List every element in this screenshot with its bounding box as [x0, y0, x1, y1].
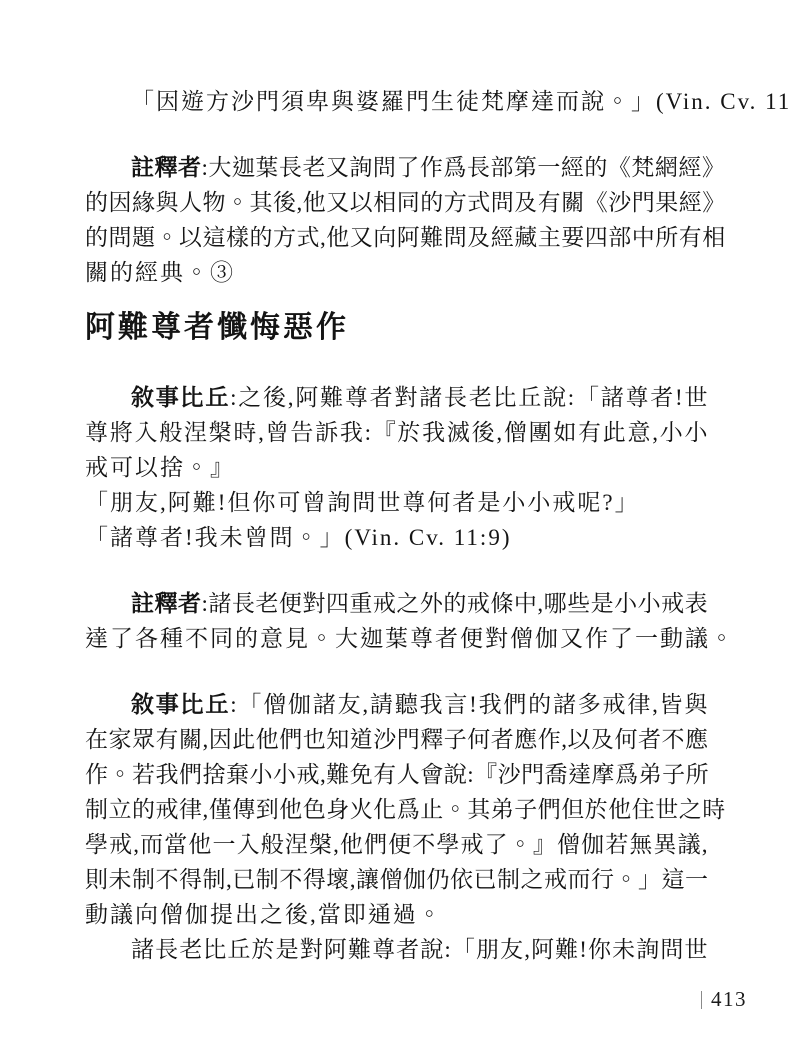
speaker-label: 敘事比丘 [131, 692, 230, 717]
speaker-label: 敘事比丘 [131, 385, 230, 410]
text-line: 的因緣與人物。其後,他又以相同的方式問及有關《沙門果經》 [85, 185, 708, 220]
paragraph: 諸長老比丘於是對阿難尊者說:「朋友,阿難!你未詢問世 [85, 932, 708, 967]
quote-block: 「因遊方沙門須卑與婆羅門生徒梵摩達而說。」(Vin. Cv. 11:8) [85, 84, 708, 119]
speaker-label: 註釋者 [131, 591, 202, 616]
text-line: 「諸尊者!我未曾問。」(Vin. Cv. 11:9) [85, 520, 708, 555]
text-line: 的問題。以這樣的方式,他又向阿難問及經藏主要四部中所有相 [85, 220, 708, 255]
text-line: 則未制不得制,已制不得壞,讓僧伽仍依已制之戒而行。」這一 [85, 862, 708, 897]
footer-rule [701, 991, 702, 1009]
page-footer: 413 [701, 987, 747, 1012]
scanned-book-page: 「因遊方沙門須卑與婆羅門生徒梵摩達而說。」(Vin. Cv. 11:8)註釋者:… [0, 0, 792, 1056]
text-line: 尊將入般涅槃時,曾告訴我:『於我滅後,僧團如有此意,小小 [85, 415, 708, 450]
text-line: 敘事比丘:之後,阿難尊者對諸長老比丘說:「諸尊者!世 [85, 380, 708, 415]
paragraph: 註釋者:大迦葉長老又詢問了作爲長部第一經的《梵網經》的因緣與人物。其後,他又以相… [85, 150, 708, 290]
text-line: 學戒,而當他一入般涅槃,他們便不學戒了。』僧伽若無異議, [85, 827, 708, 862]
text-line: 動議向僧伽提出之後,當即通過。 [85, 897, 708, 932]
text-line: 戒可以捨。』 [85, 450, 708, 485]
section-heading: 阿難尊者懺悔惡作 [85, 307, 708, 349]
text-block: 「因遊方沙門須卑與婆羅門生徒梵摩達而說。」(Vin. Cv. 11:8)註釋者:… [85, 84, 708, 967]
paragraph: 敘事比丘:「僧伽諸友,請聽我言!我們的諸多戒律,皆與在家眾有關,因此他們也知道沙… [85, 687, 708, 932]
text-line: 制立的戒律,僅傳到他色身火化爲止。其弟子們但於他住世之時 [85, 792, 708, 827]
speaker-label: 註釋者 [131, 155, 202, 180]
text-line: 「朋友,阿難!但你可曾詢問世尊何者是小小戒呢?」 [85, 485, 708, 520]
text-line: 在家眾有關,因此他們也知道沙門釋子何者應作,以及何者不應 [85, 722, 708, 757]
paragraph: 敘事比丘:之後,阿難尊者對諸長老比丘說:「諸尊者!世尊將入般涅槃時,曾告訴我:『… [85, 380, 708, 485]
page-number: 413 [711, 987, 747, 1012]
text-line: 註釋者:大迦葉長老又詢問了作爲長部第一經的《梵網經》 [85, 150, 708, 185]
text-line: 敘事比丘:「僧伽諸友,請聽我言!我們的諸多戒律,皆與 [85, 687, 708, 722]
text-line: 關的經典。③ [85, 255, 708, 290]
text-line: 作。若我們捨棄小小戒,難免有人會說:『沙門喬達摩爲弟子所 [85, 757, 708, 792]
text-line: 諸長老比丘於是對阿難尊者說:「朋友,阿難!你未詢問世 [85, 932, 708, 967]
paragraph: 「朋友,阿難!但你可曾詢問世尊何者是小小戒呢?」「諸尊者!我未曾問。」(Vin.… [85, 485, 708, 555]
text-line: 達了各種不同的意見。大迦葉尊者便對僧伽又作了一動議。 [85, 621, 708, 656]
paragraph: 註釋者:諸長老便對四重戒之外的戒條中,哪些是小小戒表達了各種不同的意見。大迦葉尊… [85, 586, 708, 656]
text-line: 「因遊方沙門須卑與婆羅門生徒梵摩達而說。」(Vin. Cv. 11:8) [85, 84, 708, 119]
text-line: 註釋者:諸長老便對四重戒之外的戒條中,哪些是小小戒表 [85, 586, 708, 621]
